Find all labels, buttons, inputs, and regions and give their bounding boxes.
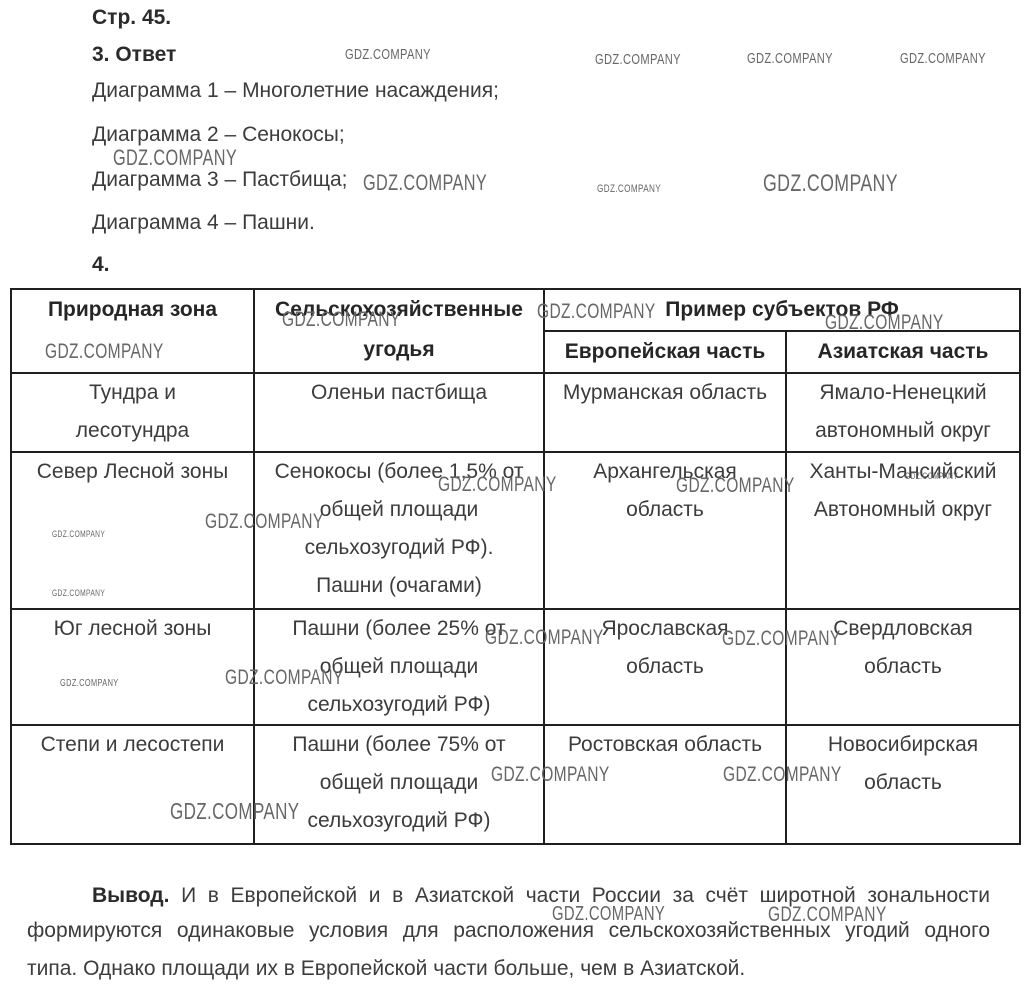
col-header-asian: Азиатская часть [786,331,1020,373]
cell-asian: Ямало-Ненецкийавтономный округ [786,373,1020,452]
watermark: GDZ.COMPANY [491,764,610,785]
watermark: GDZ.COMPANY [825,312,944,333]
watermark: GDZ.COMPANY [722,628,841,649]
page-ref: Стр. 45. [92,5,171,30]
watermark: GDZ.COMPANY [52,530,105,539]
watermark: GDZ.COMPANY [60,679,119,689]
watermark: GDZ.COMPANY [345,47,431,62]
watermark: GDZ.COMPANY [747,51,833,66]
cell-zone: Юг лесной зоны [11,609,254,725]
watermark: GDZ.COMPANY [763,172,898,196]
cell-asian: Ханты-МансийскийАвтономный округ [786,452,1020,609]
watermark: GDZ.COMPANY [52,589,105,598]
watermark: GDZ.COMPANY [676,475,795,496]
watermark: GDZ.COMPANY [205,511,324,532]
watermark: GDZ.COMPANY [595,52,681,67]
watermark: GDZ.COMPANY [537,301,656,322]
conclusion-line-3: типа. Однако площади их в Европейской ча… [27,956,745,982]
diagram-line-4: Диаграмма 4 – Пашни. [92,210,315,235]
watermark: GDZ.COMPANY [225,667,344,688]
diagram-line-3: Диаграмма 3 – Пастбища; [92,167,348,192]
col-header-european: Европейская часть [544,331,786,373]
watermark: GDZ.COMPANY [597,184,661,195]
table-row: Тундра илесотундра Оленьи пастбища Мурма… [11,373,1020,452]
diagram-line-1: Диаграмма 1 – Многолетние насаждения; [92,78,499,103]
watermark: GDZ.COMPANY [723,764,842,785]
watermark: GDZ.COMPANY [363,172,487,194]
watermark: GDZ.COMPANY [170,800,300,823]
cell-lands: Оленьи пастбища [254,373,544,452]
answer-heading: 3. Ответ [92,42,176,67]
watermark: GDZ.COMPANY [438,474,557,495]
cell-zone: Степи и лесостепи [11,725,254,844]
diagram-line-2: Диаграмма 2 – Сенокосы; [92,122,345,147]
watermark: GDZ.COMPANY [282,309,401,330]
item-number: 4. [92,252,110,277]
col-header-lands: Сельскохозяйственныеугодья [254,289,544,373]
watermark: GDZ.COMPANY [768,904,887,925]
watermark: GDZ.COMPANY [113,147,237,169]
cell-european: Мурманская область [544,373,786,452]
agriculture-table: Природная зона Сельскохозяйственныеугодь… [10,288,1021,845]
document-page: Стр. 45. 3. Ответ Диаграмма 1 – Многолет… [0,0,1031,1000]
watermark: GDZ.COMPANY [552,904,665,924]
cell-zone: Тундра илесотундра [11,373,254,452]
watermark: GDZ.COMPANY [485,627,604,648]
conclusion-label: Вывод. [92,884,169,907]
watermark: GDZ.COMPANY [905,472,958,481]
watermark: GDZ.COMPANY [45,341,164,362]
watermark: GDZ.COMPANY [900,51,986,66]
